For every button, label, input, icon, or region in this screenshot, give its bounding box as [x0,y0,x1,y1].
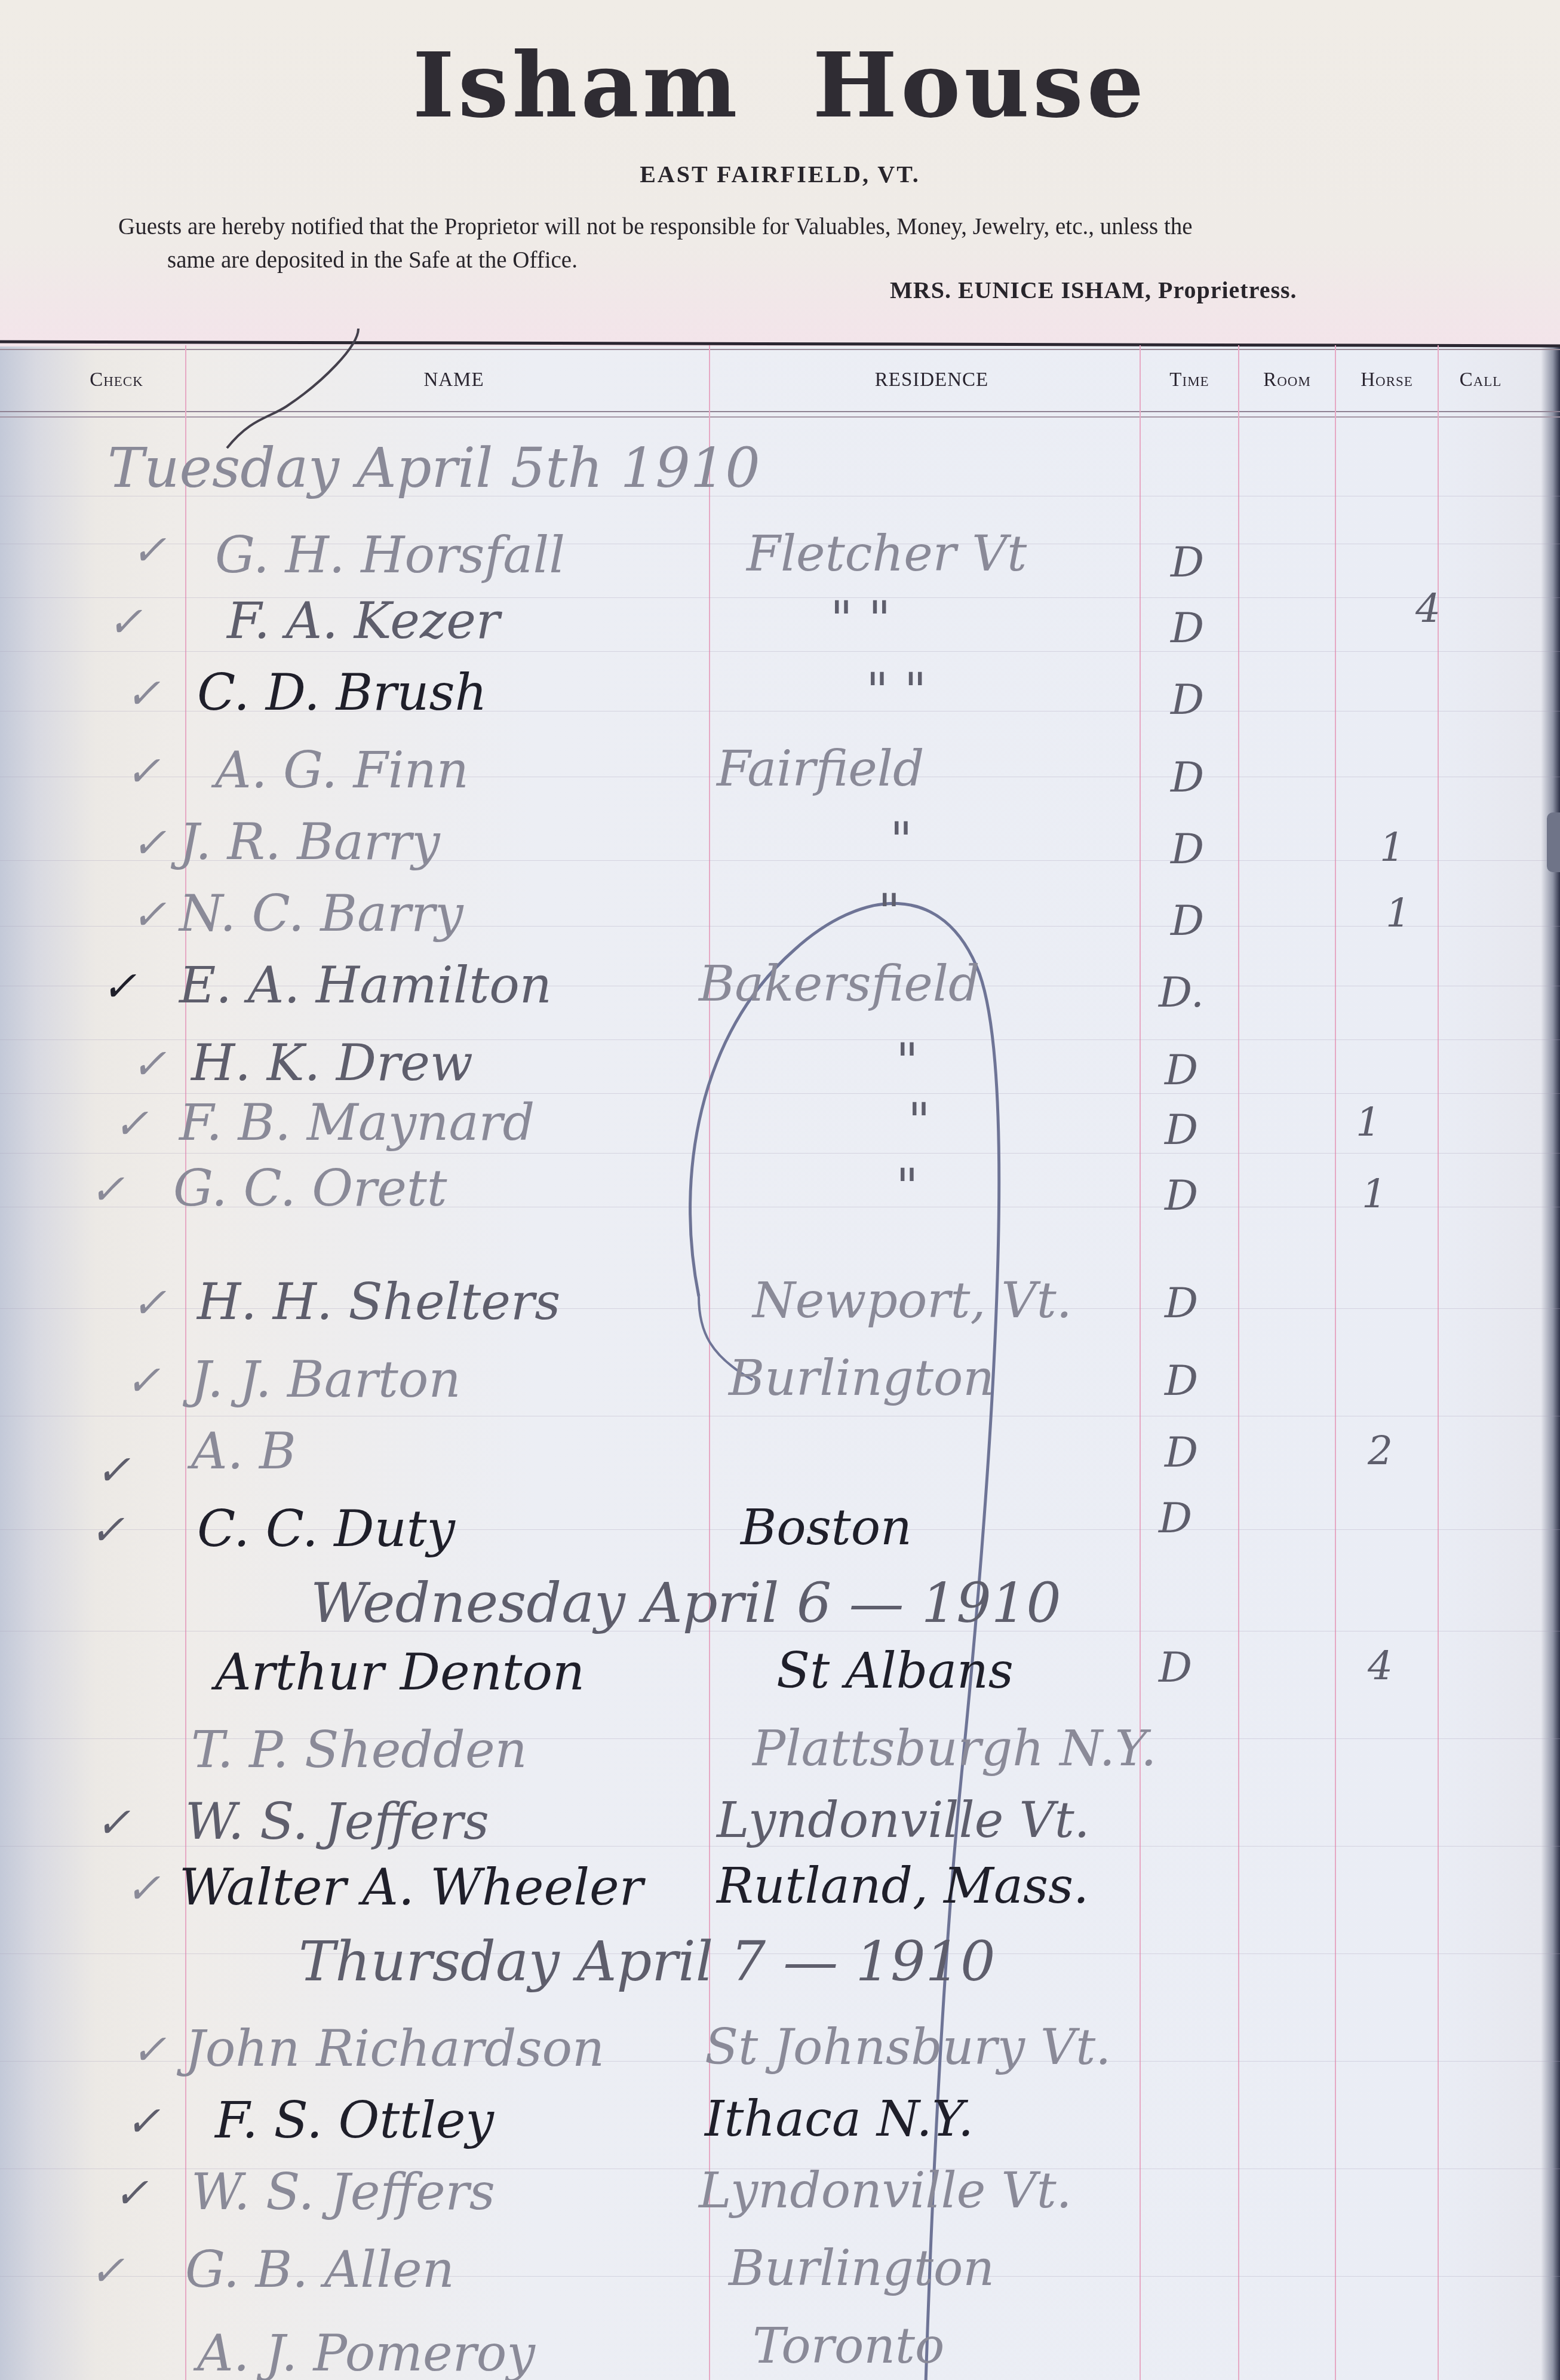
guest-time: D [1171,603,1204,652]
guest-horse: 1 [1386,890,1411,936]
check-mark[interactable]: ✓ [131,818,167,867]
guest-name: J. J. Barton [191,1350,461,1409]
guest-call: 4 [1415,585,1441,631]
guest-residence: St Albans [776,1643,1014,1700]
notice-line-2: same are deposited in the Safe at the Of… [118,244,1462,277]
guest-residence: " [878,884,901,941]
guest-name: F. S. Ottley [215,2091,494,2149]
guest-name: C. D. Brush [197,663,487,722]
guest-time: D [1165,1045,1198,1094]
guest-name: G. H. Horsfall [215,526,565,584]
column-divider [1140,345,1141,2380]
guest-name: N. C. Barry [179,884,463,943]
guest-time: D [1165,1278,1198,1327]
guest-time: D [1171,538,1204,587]
guest-residence: Plattsburgh N.Y. [753,1720,1156,1777]
header-rule-top-secondary [0,349,1560,350]
ruled-line [0,651,1560,652]
guest-time: D [1171,675,1204,724]
date-heading-thursday: Thursday April 7 — 1910 [299,1930,996,1993]
guest-residence: Lyndonville Vt. [699,2163,1072,2219]
notice-line-1: Guests are hereby notified that the Prop… [118,214,1193,240]
guest-time: D [1159,1643,1192,1692]
column-divider [1335,345,1336,2380]
guest-time: D [1171,896,1204,945]
check-mark[interactable]: ✓ [131,890,167,939]
column-header-horse: Horse [1336,369,1438,391]
check-mark[interactable]: ✓ [125,669,161,718]
hotel-title: IshamHouse [0,33,1560,138]
column-header-residence: RESIDENCE [812,369,1051,391]
guest-name: G. B. Allen [185,2240,455,2299]
guest-time: D [1165,1428,1198,1477]
check-mark[interactable]: ✓ [90,1165,125,1214]
guest-residence: Ithaca N.Y. [705,2091,974,2148]
check-mark[interactable]: ✓ [125,1864,161,1913]
column-header-call: Call [1439,369,1522,391]
check-mark[interactable]: ✓ [131,2025,167,2074]
check-mark[interactable]: ✓ [125,2097,161,2146]
guest-name: W. S. Jeffers [191,2163,495,2221]
guest-name: F. A. Kezer [227,591,500,650]
guest-residence: Toronto [753,2318,944,2375]
guest-residence: Burlington [729,2240,994,2297]
guest-residence: Boston [741,1499,912,1556]
guest-horse: 1 [1380,824,1405,870]
guest-time: D [1159,1493,1192,1542]
guest-residence: " [908,1093,931,1150]
guest-horse: 1 [1356,1099,1381,1145]
title-word-1: Isham [413,33,741,138]
register-page: IshamHouse EAST FAIRFIELD, VT. Guests ar… [0,0,1560,2380]
guest-residence: Fletcher Vt [747,526,1027,582]
column-divider [1438,345,1439,2380]
date-heading-tuesday: Tuesday April 5th 1910 [108,436,760,500]
guest-residence: " [890,812,913,869]
header-rule-bottom-secondary [0,416,1560,418]
guest-time: D [1165,1356,1198,1405]
guest-residence: Newport, Vt. [753,1272,1072,1329]
guest-name: A. G. Finn [215,741,469,799]
guest-time: D [1171,753,1204,802]
check-mark[interactable]: ✓ [125,1356,161,1405]
guest-name: Arthur Denton [215,1643,585,1701]
guest-name: F. B. Maynard [179,1093,535,1152]
ruled-line [0,1416,1560,1416]
guest-time: D [1165,1105,1198,1154]
guest-residence: " [896,1033,919,1090]
column-header-name: NAME [334,369,573,391]
check-mark[interactable]: ✓ [90,2246,125,2295]
guest-name: Walter A. Wheeler [179,1858,643,1916]
check-mark[interactable]: ✓ [102,962,137,1011]
guest-name: W. S. Jeffers [185,1792,489,1851]
guest-residence: Bakersfield [699,956,980,1013]
guest-name: John Richardson [185,2019,604,2078]
guest-residence: " [896,1159,919,1216]
guest-name: A. J. Pomeroy [197,2324,535,2380]
column-header-time: Time [1141,369,1238,391]
check-mark[interactable]: ✓ [90,1505,125,1554]
check-mark[interactable]: ✓ [96,1446,131,1495]
check-mark[interactable]: ✓ [131,1039,167,1088]
guest-name: H. H. Shelters [197,1272,560,1331]
guest-residence: Rutland, Mass. [717,1858,1089,1915]
guest-residence: Lyndonville Vt. [717,1792,1090,1849]
guest-name: E. A. Hamilton [179,956,552,1014]
check-mark[interactable]: ✓ [113,2169,149,2218]
check-mark[interactable]: ✓ [113,1099,149,1148]
check-mark[interactable]: ✓ [108,597,143,646]
guest-name: T. P. Shedden [191,1720,527,1779]
proprietress-line: MRS. EUNICE ISHAM, Proprietress. [890,276,1297,304]
guest-horse: 4 [1368,1643,1393,1689]
guest-residence: St Johnsbury Vt. [705,2019,1111,2076]
guest-time: D [1165,1171,1198,1220]
ruled-line [0,1153,1560,1154]
check-mark[interactable]: ✓ [125,747,161,796]
guest-residence: Burlington [729,1350,994,1407]
guest-notice: Guests are hereby notified that the Prop… [118,210,1462,277]
page-edge-tab [1547,812,1560,872]
guest-horse: 1 [1362,1171,1387,1217]
date-heading-wednesday: Wednesday April 6 — 1910 [311,1571,1061,1635]
column-divider [1238,345,1239,2380]
title-word-2: House [812,33,1147,138]
header-rule-bottom [0,411,1560,412]
check-mark[interactable]: ✓ [131,526,167,575]
guest-name: A. B [191,1422,296,1480]
check-mark[interactable]: ✓ [96,1798,131,1847]
guest-name: G. C. Orett [173,1159,447,1217]
guest-time: D [1171,824,1204,873]
guest-residence: " " [866,663,927,720]
guest-name: J. R. Barry [179,812,440,871]
hotel-location: EAST FAIRFIELD, VT. [0,160,1560,188]
guest-time: D. [1159,968,1204,1017]
check-mark[interactable]: ✓ [131,1278,167,1327]
column-header-check: Check [48,369,185,391]
guest-residence: Fairfield [717,741,925,798]
column-header-room: Room [1239,369,1335,391]
guest-name: C. C. Duty [197,1499,455,1558]
guest-residence: " " [830,591,891,648]
guest-name: H. K. Drew [191,1033,473,1092]
guest-horse: 2 [1368,1428,1393,1474]
